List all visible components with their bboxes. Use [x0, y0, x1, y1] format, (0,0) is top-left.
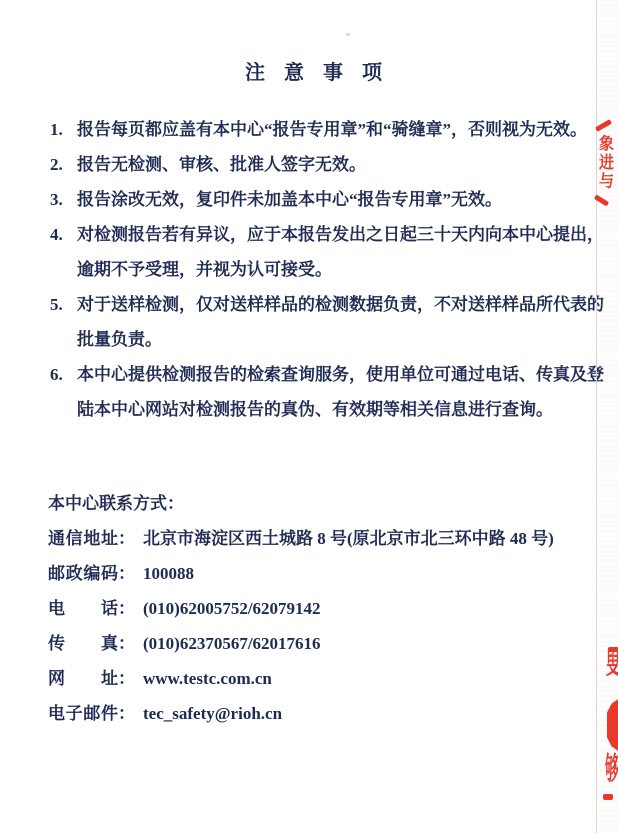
seal-arc-stroke-icon — [594, 194, 609, 206]
contact-postcode-value: 100088 — [143, 556, 194, 591]
contact-website-value: www.testc.com.cn — [143, 661, 272, 696]
notice-number: 5. — [50, 287, 77, 322]
seal-fragment-top-icon: 象 进 与 — [592, 116, 618, 218]
contact-address-value: 北京市海淀区西土城路 8 号(原北京市北三环中路 48 号) — [143, 521, 554, 556]
seal-arc-stroke-icon — [595, 119, 612, 132]
seal-characters: 象 进 与 — [599, 136, 614, 192]
contact-label: 通信地址 — [48, 521, 118, 556]
scan-speck — [346, 33, 350, 36]
notice-number: 2. — [50, 147, 77, 182]
seal-solid-block-icon — [607, 697, 618, 753]
contact-section: 本中心联系方式： 通信地址：北京市海淀区西土城路 8 号(原北京市北三环中路 4… — [48, 486, 588, 731]
notice-text: 本中心提供检测报告的检索查询服务，使用单位可通过电话、传真及登 陆本中心网站对检… — [77, 357, 604, 427]
contact-colon: ： — [118, 661, 135, 696]
contact-label: 传真 — [48, 626, 118, 661]
document-page: 注 意 事 项 1. 报告每页都应盖有本中心“报告专用章”和“骑缝章”，否则视为… — [0, 0, 618, 833]
notice-number: 1. — [50, 112, 77, 147]
seal-bar-icon — [603, 794, 613, 800]
seal-fragment-bottom-icon: 叟 够 — [596, 640, 618, 810]
contact-row-fax: 传真：(010)62370567/62017616 — [48, 626, 588, 661]
page-title: 注 意 事 项 — [16, 56, 618, 85]
notice-number: 4. — [50, 217, 77, 252]
contact-label: 网址 — [48, 661, 118, 696]
contact-row-address: 通信地址：北京市海淀区西土城路 8 号(原北京市北三环中路 48 号) — [48, 521, 588, 556]
seal-character: 叟 — [606, 652, 618, 681]
notice-number: 6. — [50, 357, 77, 392]
notice-item-3: 3. 报告涂改无效，复印件未加盖本中心“报告专用章”无效。 — [50, 182, 558, 217]
notice-text: 报告每页都应盖有本中心“报告专用章”和“骑缝章”，否则视为无效。 — [77, 112, 587, 147]
notice-text: 报告涂改无效，复印件未加盖本中心“报告专用章”无效。 — [77, 182, 558, 217]
notice-item-6: 6. 本中心提供检测报告的检索查询服务，使用单位可通过电话、传真及登 陆本中心网… — [50, 357, 558, 427]
notice-item-4: 4. 对检测报告若有异议，应于本报告发出之日起三十天内向本中心提出， 逾期不予受… — [50, 217, 558, 287]
contact-row-website: 网址：www.testc.com.cn — [48, 661, 588, 696]
notice-text: 对检测报告若有异议，应于本报告发出之日起三十天内向本中心提出， 逾期不予受理，并… — [77, 217, 604, 287]
contact-header: 本中心联系方式： — [48, 486, 588, 521]
contact-row-phone: 电话：(010)62005752/62079142 — [48, 591, 588, 626]
notice-item-5: 5. 对于送样检测，仅对送样样品的检测数据负责，不对送样样品所代表的 批量负责。 — [50, 287, 558, 357]
contact-colon: ： — [118, 521, 135, 556]
notice-text: 对于送样检测，仅对送样样品的检测数据负责，不对送样样品所代表的 批量负责。 — [77, 287, 604, 357]
contact-row-email: 电子邮件：tec_safety@rioh.cn — [48, 696, 588, 731]
notice-number: 3. — [50, 182, 77, 217]
contact-label: 邮政编码 — [48, 556, 118, 591]
contact-colon: ： — [118, 556, 135, 591]
contact-row-postcode: 邮政编码：100088 — [48, 556, 588, 591]
notice-item-2: 2. 报告无检测、审核、批准人签字无效。 — [50, 147, 558, 182]
contact-email-value: tec_safety@rioh.cn — [143, 696, 282, 731]
contact-label: 电话 — [48, 591, 118, 626]
notice-list: 1. 报告每页都应盖有本中心“报告专用章”和“骑缝章”，否则视为无效。 2. 报… — [50, 112, 558, 427]
contact-fax-value: (010)62370567/62017616 — [143, 626, 321, 661]
contact-colon: ： — [118, 626, 135, 661]
contact-phone-value: (010)62005752/62079142 — [143, 591, 321, 626]
contact-label: 电子邮件 — [48, 696, 118, 731]
seal-character: 够 — [605, 757, 618, 788]
notice-text: 报告无检测、审核、批准人签字无效。 — [77, 147, 558, 182]
contact-colon: ： — [118, 591, 135, 626]
notice-item-1: 1. 报告每页都应盖有本中心“报告专用章”和“骑缝章”，否则视为无效。 — [50, 112, 558, 147]
contact-colon: ： — [118, 696, 135, 731]
